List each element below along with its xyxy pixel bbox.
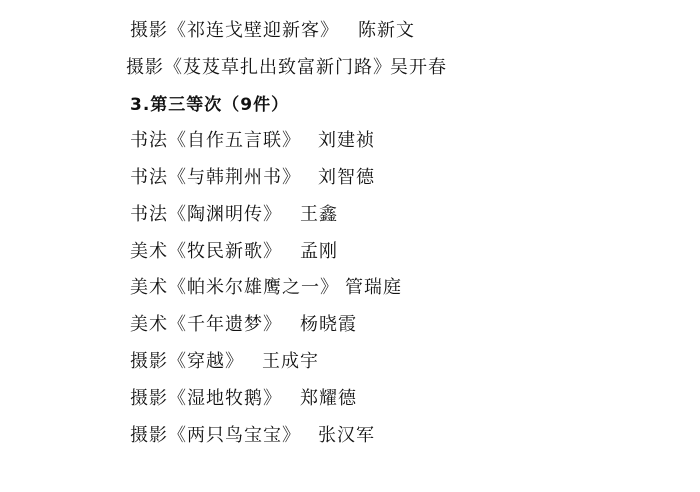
entry-author: 孟刚 <box>300 241 338 263</box>
entry-work: 摄影《芨芨草扎出致富新门路》 <box>126 57 392 78</box>
entry-work: 摄影《祁连戈壁迎新客》 <box>130 20 339 41</box>
entry-line: 美术《牧民新歌》 孟刚 <box>130 241 282 263</box>
entry-author: 张汉军 <box>318 425 375 447</box>
entry-work: 美术《千年遗梦》 <box>130 314 282 335</box>
entry-author: 刘建祯 <box>318 130 375 152</box>
entry-author: 杨晓霞 <box>300 314 357 336</box>
entry-author: 王鑫 <box>300 204 338 226</box>
entry-line: 美术《千年遗梦》 杨晓霞 <box>130 314 282 336</box>
entry-work: 美术《牧民新歌》 <box>130 241 282 262</box>
entry-line: 摄影《芨芨草扎出致富新门路》 吴开春 <box>126 57 392 79</box>
entry-author: 陈新文 <box>358 20 415 42</box>
entry-work: 书法《陶渊明传》 <box>130 204 282 225</box>
entry-line: 摄影《两只鸟宝宝》 张汉军 <box>130 425 301 447</box>
entry-line: 美术《帕米尔雄鹰之一》 管瑞庭 <box>130 277 339 299</box>
entry-author: 吴开春 <box>390 57 447 79</box>
entry-work: 书法《与韩荆州书》 <box>130 167 301 188</box>
entry-work: 摄影《穿越》 <box>130 351 244 372</box>
entry-author: 王成宇 <box>262 351 319 373</box>
entry-author: 管瑞庭 <box>345 277 402 299</box>
section-heading: 3.第三等次（9件） <box>130 94 289 116</box>
entry-line: 摄影《湿地牧鹅》 郑耀德 <box>130 388 282 410</box>
entry-line: 摄影《穿越》 王成宇 <box>130 351 244 373</box>
entry-work: 书法《自作五言联》 <box>130 130 301 151</box>
entry-author: 刘智德 <box>318 167 375 189</box>
entry-line: 书法《自作五言联》 刘建祯 <box>130 130 301 152</box>
entry-author: 郑耀德 <box>300 388 357 410</box>
entry-work: 美术《帕米尔雄鹰之一》 <box>130 277 339 298</box>
entry-work: 摄影《湿地牧鹅》 <box>130 388 282 409</box>
entry-line: 书法《与韩荆州书》 刘智德 <box>130 167 301 189</box>
entry-line: 摄影《祁连戈壁迎新客》 陈新文 <box>130 20 339 42</box>
entry-work: 摄影《两只鸟宝宝》 <box>130 425 301 446</box>
entry-line: 书法《陶渊明传》 王鑫 <box>130 204 282 226</box>
